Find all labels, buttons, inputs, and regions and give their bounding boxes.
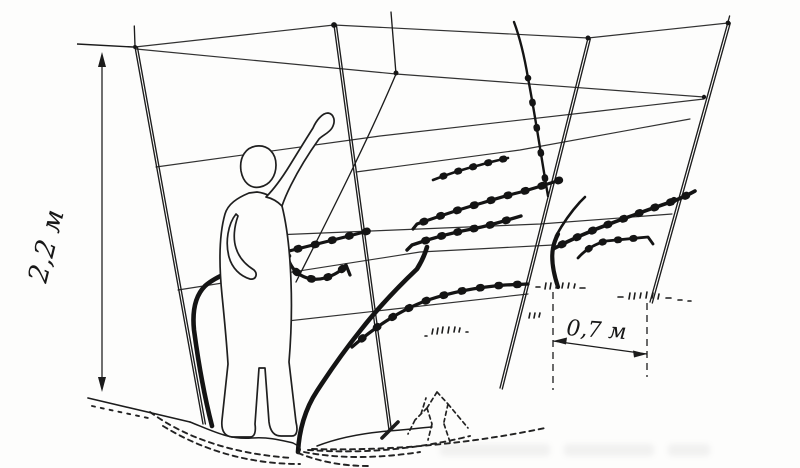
- watermark-blob: [440, 444, 550, 456]
- trellis-illustration: 2,2 м 0,7 м: [0, 0, 800, 468]
- height-dimension-label: 2,2 м: [22, 206, 70, 286]
- post-2-diagonal-brace: [296, 74, 396, 282]
- dimension-tick-top: [77, 44, 133, 47]
- wire-level-2: [156, 99, 704, 167]
- wire-level-3: [356, 119, 690, 172]
- person-head: [241, 146, 276, 187]
- top-wire-rear: [136, 49, 704, 97]
- root-cluster: [408, 392, 468, 442]
- arrow-right-icon: [633, 351, 647, 358]
- faint-watermark-smudge: [440, 438, 760, 462]
- post-1: [134, 26, 205, 424]
- vine-trunk: [552, 234, 558, 287]
- tuft: [536, 282, 585, 289]
- post-2: [334, 25, 391, 430]
- tuft: [529, 313, 540, 318]
- root-dashes: [92, 406, 148, 418]
- arrow-up-icon: [98, 52, 106, 67]
- tuft: [425, 327, 468, 336]
- vine-wire-knot: [671, 197, 677, 203]
- watermark-blob: [564, 444, 654, 456]
- top-wire-front: [135, 23, 728, 47]
- post-4: [650, 16, 730, 303]
- trellis-diagram-svg: 2,2 м 0,7 м: [0, 0, 800, 468]
- vine-arm-up: [556, 197, 585, 236]
- spacing-dimension-label: 0,7 м: [566, 316, 628, 345]
- dimension-height: 2,2 м: [22, 44, 133, 392]
- vine-cane-tall: [514, 22, 548, 196]
- vine-buds: [289, 261, 346, 279]
- vine-buds: [417, 180, 560, 224]
- ground-line-left: [88, 398, 190, 422]
- watermark-blob: [668, 444, 710, 456]
- dimension-spacing: 0,7 м: [553, 292, 647, 390]
- arrow-down-icon: [98, 377, 106, 392]
- ground-bumps: [317, 427, 432, 446]
- ground-contour: [88, 398, 432, 452]
- post-2-rear-stub: [391, 12, 396, 74]
